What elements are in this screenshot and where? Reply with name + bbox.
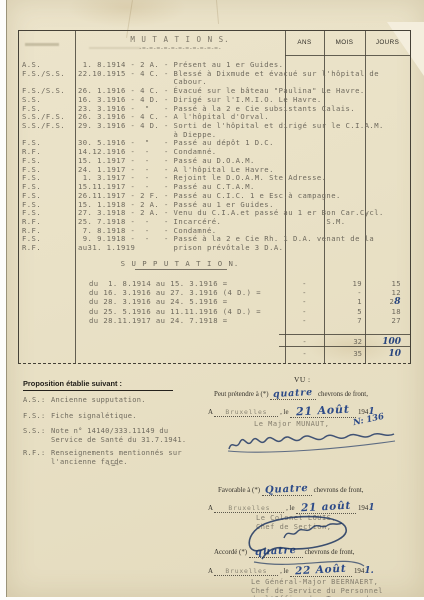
supputation-label: du 16. 3.1916 au 27. 3.1916 (4 D.) = — [89, 288, 261, 297]
row-code: F.S./S.S. — [19, 70, 78, 79]
place-label: A — [208, 505, 213, 512]
approval-intro: Favorable à (*) — [218, 487, 260, 494]
supputation-row: du 16. 3.1916 au 27. 3.1916 (4 D.) =--12 — [19, 288, 410, 297]
total-jours: 10 — [365, 349, 410, 359]
handwritten-total: 10 — [388, 349, 401, 359]
table-title-rule: -=-=-=-=-=-=-=-=-=-=-=- — [75, 45, 285, 52]
signature-major — [226, 429, 398, 457]
legend-value: Renseignements mentionnés sur l'ancienne… — [51, 449, 211, 467]
approval-outro: chevrons de front, — [318, 391, 368, 398]
row-code: R.F. — [19, 244, 78, 253]
legend-end-mark: -=- — [107, 461, 120, 469]
totals-rule — [279, 334, 410, 335]
row-text: au31. 1.1919 prison prévôtale 3 D.A. — [78, 244, 283, 253]
legend-value: Note n° 14140/333.11149 du Service de Sa… — [51, 427, 211, 445]
supputation-ans: - — [285, 288, 324, 297]
paper-crease — [216, 0, 219, 24]
supputation-label: du 1. 8.1914 au 15. 3.1916 = — [89, 279, 228, 288]
total-ans: - — [285, 337, 324, 347]
column-header-mois: MOIS — [324, 39, 365, 46]
supputation-label: du 28.11.1917 au 24. 7.1918 = — [89, 316, 228, 325]
signer-title: Chef de Service du Personnel — [251, 587, 383, 595]
handwritten-date: 21 Août — [296, 403, 350, 419]
supputation-title-rule — [135, 269, 227, 270]
place-label: A — [208, 568, 213, 575]
supputation-jours: 12 — [365, 288, 410, 297]
column-header-jours: JOURS — [365, 39, 410, 46]
approval-date-line: A Bruxelles , le 21 Août 1941 — [208, 404, 375, 418]
supputation-row: du 28. 3.1916 au 24. 5.1916 =-128 — [19, 297, 410, 306]
legend-key: R.F.: — [23, 449, 46, 457]
supputation-mois: 5 — [324, 307, 365, 316]
mutations-rows: A.S. 1. 8.1914 - 2 A. - Présent au 1 er … — [19, 61, 410, 253]
supputation-total-row: -32100 — [19, 337, 410, 347]
handwritten-total: 100 — [382, 337, 401, 347]
supputation-row: du 1. 8.1914 au 15. 3.1916 =-1915 — [19, 279, 410, 288]
signature-colonel — [236, 508, 372, 574]
supputation-jours: 27 — [365, 316, 410, 325]
supputation-mois: 19 — [324, 279, 365, 288]
total-jours: 100 — [365, 337, 410, 347]
signer-name: Le Général-Major BEERNAERT, — [251, 578, 378, 586]
supputation-jours: 15 — [365, 279, 410, 288]
document-page: M U T A T I O N S. -=-=-=-=-=-=-=-=-=-=-… — [6, 0, 424, 597]
table-title: M U T A T I O N S. — [75, 35, 285, 44]
year-label: 194 — [358, 409, 368, 416]
legend-value: Fiche signalétique. — [51, 412, 211, 421]
total-ans: - — [285, 349, 324, 359]
approval-outro: chevrons de front, — [314, 487, 364, 494]
supputation-jours: 18 — [365, 307, 410, 316]
handwritten-word: Quatre — [265, 483, 309, 496]
row-code: S.S./F.S. — [19, 122, 78, 131]
signer-title: de l'Office des Travaux de — [251, 595, 374, 597]
vu-label: VU : — [294, 375, 311, 384]
total-mois: 35 — [324, 349, 365, 359]
supputation-mois: 7 — [324, 316, 365, 325]
approval-intro: Peut prétendre à (*) — [214, 391, 269, 398]
faded-annotation — [25, 43, 59, 46]
approval-line: Favorable à (*) Quatre chevrons de front… — [218, 484, 364, 496]
supputation-mois: - — [324, 288, 365, 297]
column-header-ans: ANS — [285, 39, 324, 46]
handwritten-year-digit: 1 — [368, 407, 374, 417]
handwritten-word: quatre — [273, 387, 313, 400]
supputation-label: du 25. 5.1916 au 11.11.1916 (4 D.) = — [89, 307, 261, 316]
legend-value: Ancienne supputation. — [51, 396, 211, 405]
supputation-ans: - — [285, 297, 324, 306]
supputation-rows: du 1. 8.1914 au 15. 3.1916 =-1915du 16. … — [19, 279, 410, 325]
supputation-title: S U P P U T A T I O N. — [75, 259, 285, 268]
table-row: R.F.au31. 1.1919 prison prévôtale 3 D.A. — [19, 244, 410, 253]
supputation-ans: - — [285, 316, 324, 325]
supputation-ans: - — [285, 307, 324, 316]
supputation-mois: 1 — [324, 297, 365, 306]
paper-stain — [67, 0, 187, 28]
total-mois: 32 — [324, 337, 365, 347]
signer-name: Le Major MUNAUT, — [254, 420, 329, 428]
legend-key: S.S.: — [23, 427, 46, 435]
supputation-label: du 28. 3.1916 au 24. 5.1916 = — [89, 297, 228, 306]
mutations-table: M U T A T I O N S. -=-=-=-=-=-=-=-=-=-=-… — [18, 30, 411, 364]
header-underline — [285, 55, 410, 56]
supputation-total-row: -3510 — [19, 349, 410, 359]
approval-line: Peut prétendre à (*) quatre chevrons de … — [214, 388, 368, 400]
legend-key: F.S.: — [23, 412, 46, 420]
supputation-ans: - — [285, 279, 324, 288]
city-field: Bruxelles — [214, 408, 278, 417]
legend-key: A.S.: — [23, 396, 46, 404]
supputation-row: du 25. 5.1916 au 11.11.1916 (4 D.) =-518 — [19, 307, 410, 316]
place-label: A — [208, 409, 213, 416]
legend-heading: Proposition établie suivant : — [23, 379, 173, 391]
supputation-row: du 28.11.1917 au 24. 7.1918 =-727 — [19, 316, 410, 325]
le-label: , le — [280, 409, 288, 416]
